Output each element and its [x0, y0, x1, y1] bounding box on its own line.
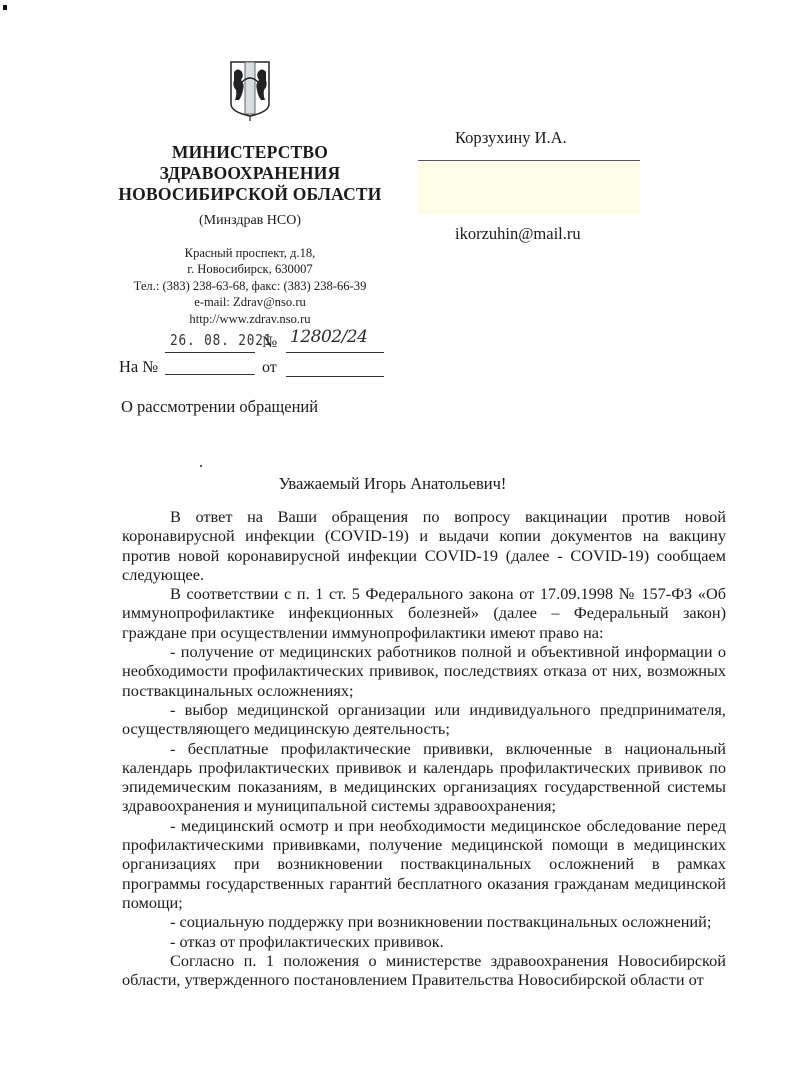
list-item-choice: - выбор медицинской организации или инди… [122, 700, 726, 739]
scan-speck [200, 465, 202, 467]
number-underline [286, 352, 384, 353]
registration-number-label: № [262, 334, 277, 352]
redacted-address [418, 162, 640, 214]
registration-number: 12802/24 [290, 327, 367, 347]
recipient-divider [418, 160, 640, 161]
letter-subject: О рассмотрении обращений [121, 397, 318, 417]
greeting: Уважаемый Игорь Анатольевич! [0, 474, 785, 494]
recipient-name: Корзухину И.А. [455, 128, 567, 148]
list-item-social-support: - социальную поддержку при возникновении… [122, 912, 726, 931]
registration-date: 26. 08. 2021 [170, 331, 272, 349]
list-item-free-vaccines: - бесплатные профилактические прививки, … [122, 739, 726, 816]
list-item-refusal: - отказ от профилактических прививок. [122, 932, 726, 951]
scan-corner-mark [3, 5, 7, 10]
letter-body: В ответ на Ваши обращения по вопросу вак… [122, 507, 726, 989]
organization-name: МИНИСТЕРСТВО ЗДРАВООХРАНЕНИЯ НОВОСИБИРСК… [110, 142, 390, 205]
paragraph-law-reference: В соответствии с п. 1 ст. 5 Федерального… [122, 584, 726, 642]
date-underline [165, 352, 255, 353]
paragraph-intro: В ответ на Ваши обращения по вопросу вак… [122, 507, 726, 584]
reply-to-date-line [286, 376, 384, 377]
coat-of-arms-icon [229, 60, 271, 122]
reply-to-number-line [165, 374, 255, 375]
list-item-information: - получение от медицинских работников по… [122, 642, 726, 700]
reply-to-date-label: от [262, 359, 277, 377]
letterhead: МИНИСТЕРСТВО ЗДРАВООХРАНЕНИЯ НОВОСИБИРСК… [110, 60, 390, 327]
list-item-medical-exam: - медицинский осмотр и при необходимости… [122, 816, 726, 912]
organization-address: Красный проспект, д.18, г. Новосибирск, … [110, 245, 390, 327]
organization-short-name: (Минздрав НСО) [110, 213, 390, 229]
reply-to-number-label: На № [119, 357, 158, 377]
recipient-email: ikorzuhin@mail.ru [455, 224, 581, 244]
paragraph-regulation: Согласно п. 1 положения о министерстве з… [122, 951, 726, 990]
